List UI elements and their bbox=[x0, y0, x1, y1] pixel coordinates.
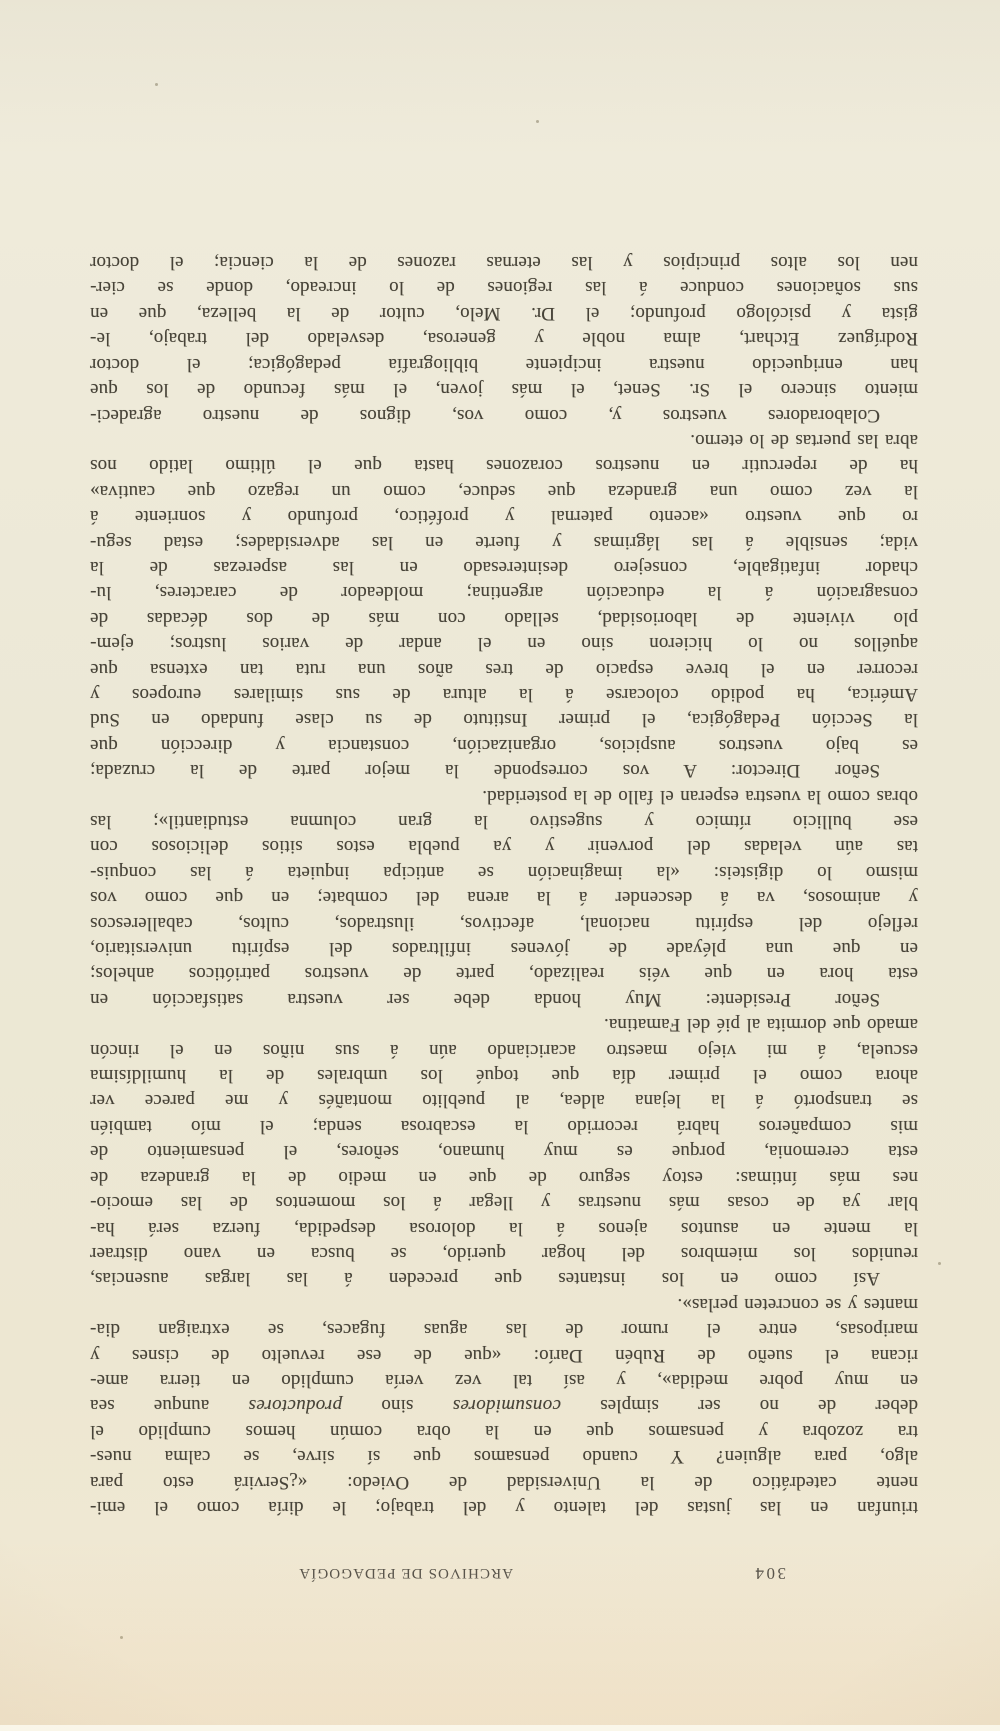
text-line: esta ceremonia, porque es muy humano, se… bbox=[90, 1139, 918, 1164]
text-line: algo, para alguien? Y cuando pensamos qu… bbox=[90, 1444, 918, 1469]
text-line: en muy pobre medida», y así tal vez verí… bbox=[90, 1368, 918, 1393]
paper-speck bbox=[155, 83, 158, 86]
text-line: nes más íntimas: estoy seguro de que en … bbox=[90, 1164, 918, 1189]
text-line: mismo lo digisteis: «la imaginación se a… bbox=[90, 859, 918, 884]
page-number: 304 bbox=[753, 1563, 786, 1583]
text-line: América, ha podido colocarse á la altura… bbox=[90, 682, 918, 707]
text-line: mariposas, entre el rumor de las aguas f… bbox=[90, 1317, 918, 1342]
scanned-book-page: 304 ARCHIVOS DE PEDAGOGÍA triunfan en la… bbox=[0, 0, 1000, 1731]
text-line: mantes y se concreten perlas». bbox=[90, 1291, 918, 1316]
text-line: miento sincero el Sr. Senet, el más jove… bbox=[90, 377, 918, 402]
text-line: esta hora en que véis realizado, parte d… bbox=[90, 961, 918, 986]
text-line: Rodríguez Etchart, alma noble y generosa… bbox=[90, 326, 918, 351]
text-line: blar ya de cosas más nuestras y llegar á… bbox=[90, 1190, 918, 1215]
text-line: Señor Director: A vos corresponde la mej… bbox=[90, 758, 918, 783]
paper-speck bbox=[120, 1636, 123, 1639]
text-line: deber de no ser simples consumidores sin… bbox=[90, 1393, 918, 1418]
text-line: tas aún veladas del porvenir y ya puebla… bbox=[90, 834, 918, 859]
paper-speck bbox=[938, 1262, 941, 1265]
text-line: abra las puertas de lo eterno. bbox=[90, 428, 918, 453]
text-line: ahora como el primer día que toqué los u… bbox=[90, 1063, 918, 1088]
text-line: se transportó á la lejana aldea, al pueb… bbox=[90, 1088, 918, 1113]
text-line: nen los altos principios y las eternas r… bbox=[90, 250, 918, 275]
text-line: mis compañeros habrá recorrido la escabr… bbox=[90, 1114, 918, 1139]
text-line: ricana el sueño de Rubén Darío: «que de … bbox=[90, 1342, 918, 1367]
text-line: ha de repercutir en nuestros corazones h… bbox=[90, 453, 918, 478]
text-line: sus soñaciones conduce á las regiones de… bbox=[90, 275, 918, 300]
text-line: la mente en asuntos ajenos á la dolorosa… bbox=[90, 1215, 918, 1240]
text-line: tra zozobra y pensamos que en la obra co… bbox=[90, 1418, 918, 1443]
text-line: aquéllos no lo hicieron sino en el andar… bbox=[90, 631, 918, 656]
paper-speck bbox=[536, 120, 539, 123]
text-line: chador infatigable, consejero desinteres… bbox=[90, 555, 918, 580]
text-line: gista y psicólogo profundo; el Dr. Melo,… bbox=[90, 301, 918, 326]
text-line: escuela, á mi viejo maestro acariciando … bbox=[90, 1037, 918, 1062]
text-line: ese bullicio rítmico y sugestivo la gran… bbox=[90, 809, 918, 834]
text-line: consagración á la educación argentina; m… bbox=[90, 580, 918, 605]
text-line: Así como en los instantes que preceden á… bbox=[90, 1266, 918, 1291]
text-line: triunfan en las justas del talento y del… bbox=[90, 1495, 918, 1520]
text-line: Señor Presidente: Muy honda debe ser vue… bbox=[90, 986, 918, 1011]
text-line: es bajo vuestros auspicios, organización… bbox=[90, 732, 918, 757]
paper-bottom-edge bbox=[0, 1725, 1000, 1731]
text-line: recorrer en el breve espacio de tres año… bbox=[90, 656, 918, 681]
text-line: la vez como una grandeza que seduce, com… bbox=[90, 478, 918, 503]
text-line: vida; sensible á las lágrimas y fuerte e… bbox=[90, 529, 918, 554]
text-line: obras como la vuestra esperan el fallo d… bbox=[90, 783, 918, 808]
running-title: ARCHIVOS DE PEDAGOGÍA bbox=[298, 1564, 513, 1581]
text-line: nente catedrático de la Universidad de O… bbox=[90, 1469, 918, 1494]
text-line: en que una pléyade de jóvenes infiltrado… bbox=[90, 936, 918, 961]
text-line: reflejo del espíritu nacional, afectivos… bbox=[90, 910, 918, 935]
running-head: 304 ARCHIVOS DE PEDAGOGÍA bbox=[0, 1559, 1000, 1583]
text-line: ro que vuestro «acento paternal y profét… bbox=[90, 504, 918, 529]
text-line: Colaboradores vuestros y, como vos, dign… bbox=[90, 402, 918, 427]
text-line: la Sección Pedagógica, el primer Institu… bbox=[90, 707, 918, 732]
text-line: han enriquecido nuestra incipiente bibli… bbox=[90, 351, 918, 376]
text-line: amado que dormita al pié del Famatina. bbox=[90, 1012, 918, 1037]
page-sheet: 304 ARCHIVOS DE PEDAGOGÍA triunfan en la… bbox=[0, 0, 1000, 1731]
page-text: triunfan en las justas del talento y del… bbox=[90, 250, 918, 1520]
text-line: plo viviente de laboriosidad, sellado co… bbox=[90, 605, 918, 630]
text-line: reunidos los miembros del hogar querido,… bbox=[90, 1241, 918, 1266]
text-line: y animosos, va á descender á la arena de… bbox=[90, 885, 918, 910]
